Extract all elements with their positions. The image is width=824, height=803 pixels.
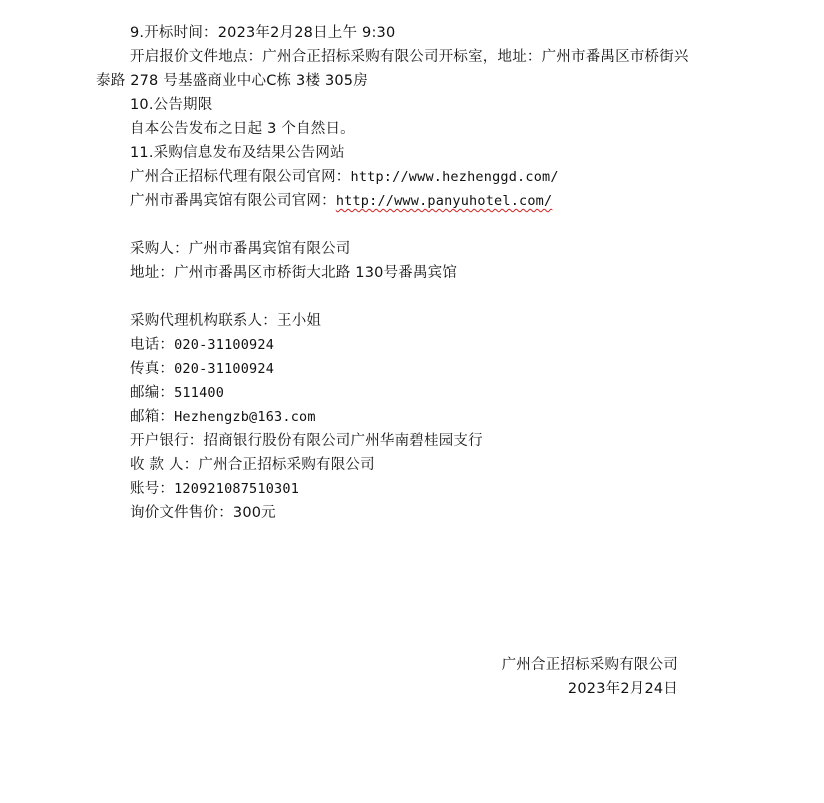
bid-opening-location-line1: 开启报价文件地点：广州合正招标采购有限公司开标室，地址：广州市番禺区市桥街兴	[130, 45, 689, 69]
section9-title: 9.开标时间：2023年2月28日上午 9:30	[130, 21, 395, 45]
signature-date: 2023年2月24日	[380, 677, 678, 701]
bid-opening-location-line2: 泰路 278 号基盛商业中心C栋 3楼 305房	[96, 69, 368, 93]
agency-email-row: 邮箱：Hezhengzb@163.com	[130, 405, 316, 429]
purchaser-name: 采购人：广州市番禺宾馆有限公司	[130, 237, 351, 261]
email-label: 邮箱：	[130, 409, 174, 425]
agency-account-row: 账号：120921087510301	[130, 477, 299, 501]
website-label-agency: 广州合正招标代理有限公司官网：	[130, 169, 351, 185]
website-row-hotel: 广州市番禺宾馆有限公司官网：http://www.panyuhotel.com/	[130, 189, 552, 213]
phone-label: 电话：	[130, 337, 174, 353]
account-label: 账号：	[130, 481, 174, 497]
account-value: 120921087510301	[174, 481, 299, 497]
postcode-label: 邮编：	[130, 385, 174, 401]
agency-fax-row: 传真：020-31100924	[130, 357, 274, 381]
document-page: 9.开标时间：2023年2月28日上午 9:30 开启报价文件地点：广州合正招标…	[0, 0, 824, 803]
agency-postcode-row: 邮编：511400	[130, 381, 224, 405]
section10-title: 10.公告期限	[130, 93, 212, 117]
phone-value: 020-31100924	[174, 337, 274, 353]
signature-company: 广州合正招标采购有限公司	[380, 653, 678, 677]
price-label: 询价文件售价：	[130, 505, 233, 521]
agency-phone-row: 电话：020-31100924	[130, 333, 274, 357]
agency-bank: 开户银行：招商银行股份有限公司广州华南碧桂园支行	[130, 429, 483, 453]
fax-value: 020-31100924	[174, 361, 274, 377]
postcode-value: 511400	[174, 385, 224, 401]
purchaser-address: 地址：广州市番禺区市桥街大北路 130号番禺宾馆	[130, 261, 457, 285]
section10-content: 自本公告发布之日起 3 个自然日。	[130, 117, 355, 141]
agency-contact: 采购代理机构联系人：王小姐	[130, 309, 321, 333]
email-value: Hezhengzb@163.com	[174, 409, 316, 425]
website-label-hotel: 广州市番禺宾馆有限公司官网：	[130, 193, 336, 209]
agency-payee: 收 款 人：广州合正招标采购有限公司	[130, 453, 375, 477]
section11-title: 11.采购信息发布及结果公告网站	[130, 141, 345, 165]
website-link-hotel[interactable]: http://www.panyuhotel.com/	[336, 193, 553, 209]
fax-label: 传真：	[130, 361, 174, 377]
website-row-agency: 广州合正招标代理有限公司官网：http://www.hezhenggd.com/	[130, 165, 559, 189]
document-price-row: 询价文件售价：300元	[130, 501, 276, 525]
price-value: 300元	[233, 505, 276, 521]
website-link-agency[interactable]: http://www.hezhenggd.com/	[351, 169, 559, 185]
